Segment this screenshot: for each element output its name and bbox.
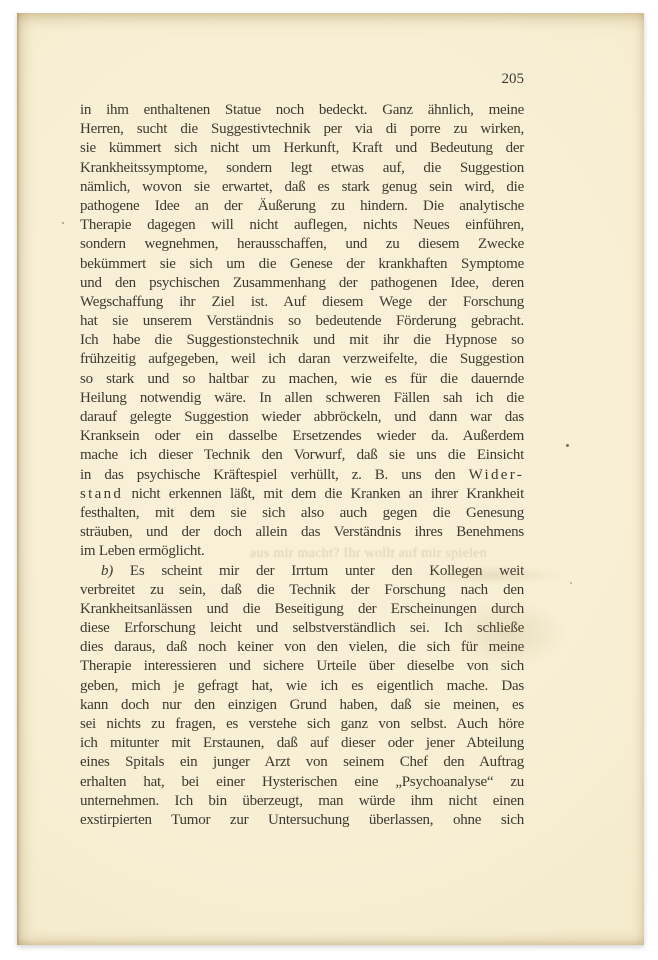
text-line: Therapie dagegen will nicht auflegen, ni… — [80, 216, 524, 235]
text-line: exstirpierten Tumor zur Untersuchung übe… — [80, 811, 524, 830]
text-line: bekümmert sie sich um die Genese der kra… — [80, 255, 524, 274]
page-number: 205 — [80, 70, 524, 89]
scan-background: 205 in ihm enthaltenen Statue noch bedec… — [0, 0, 658, 960]
text-line: unternehmen. Ich bin überzeugt, man würd… — [80, 792, 524, 811]
text-line: sondern wegnehmen, herausschaffen, und z… — [80, 235, 524, 254]
text-line: stand nicht erkennen läßt, mit dem die K… — [80, 485, 524, 504]
text-line: mache ich dieser Technik den Vorwurf, da… — [80, 446, 524, 465]
text-line: erhalten hat, bei einer Hysterischen ein… — [80, 773, 524, 792]
ink-speck — [62, 222, 64, 224]
text-line: Krankheitssymptome, sondern legt etwas a… — [80, 159, 524, 178]
ink-speck — [566, 444, 569, 447]
text-line: in das psychische Kräftespiel verhüllt, … — [80, 466, 524, 485]
text-line: festhalten, mit dem sie sich also auch g… — [80, 504, 524, 523]
show-through-text: aus mir macht? Ihr wollt auf mir spielen — [250, 546, 487, 562]
show-through-smudge — [447, 598, 567, 668]
text-line: Heilung notwendig wäre. In allen schwere… — [80, 389, 524, 408]
text-line: hat sie unserem Verständnis so bedeutend… — [80, 312, 524, 331]
show-through-smudge — [417, 565, 567, 585]
text-line: nämlich, wovon sie erwartet, daß es star… — [80, 178, 524, 197]
text-line: so stark und so haltbar zu machen, wie e… — [80, 370, 524, 389]
text-line: in ihm enthaltenen Statue noch bedeckt. … — [80, 101, 524, 120]
ink-speck — [570, 582, 572, 584]
text-line: kann doch nur den einzigen Grund haben, … — [80, 696, 524, 715]
text-line: sie kümmert sich nicht um Herkunft, Kraf… — [80, 139, 524, 158]
text-line: Herren, sucht die Suggestivtechnik per v… — [80, 120, 524, 139]
text-line: sei nichts zu fragen, es verstehe sich g… — [80, 715, 524, 734]
text-line: Ich habe die Suggestionstechnik und mit … — [80, 331, 524, 350]
book-page: 205 in ihm enthaltenen Statue noch bedec… — [17, 13, 644, 945]
text-line: darauf gelegte Suggestion wieder abbröck… — [80, 408, 524, 427]
text-line: Wegschaffung ihr Ziel ist. Auf diesem We… — [80, 293, 524, 312]
text-line: Kranksein oder ein dasselbe Ersetzendes … — [80, 427, 524, 446]
text-line: ich mitunter mit Erstaunen, daß auf dies… — [80, 734, 524, 753]
text-line: und den psychischen Zusammenhang der pat… — [80, 274, 524, 293]
text-line: eines Spitals ein junger Arzt von seinem… — [80, 753, 524, 772]
text-line: pathogene Idee an der Äußerung zu hinder… — [80, 197, 524, 216]
text-block: in ihm enthaltenen Statue noch bedeckt. … — [80, 101, 524, 830]
text-line: frühzeitig aufgegeben, weil ich daran ve… — [80, 350, 524, 369]
text-line: sträuben, und der doch allein das Verstä… — [80, 523, 524, 542]
text-line: geben, mich je gefragt hat, wie ich es e… — [80, 677, 524, 696]
